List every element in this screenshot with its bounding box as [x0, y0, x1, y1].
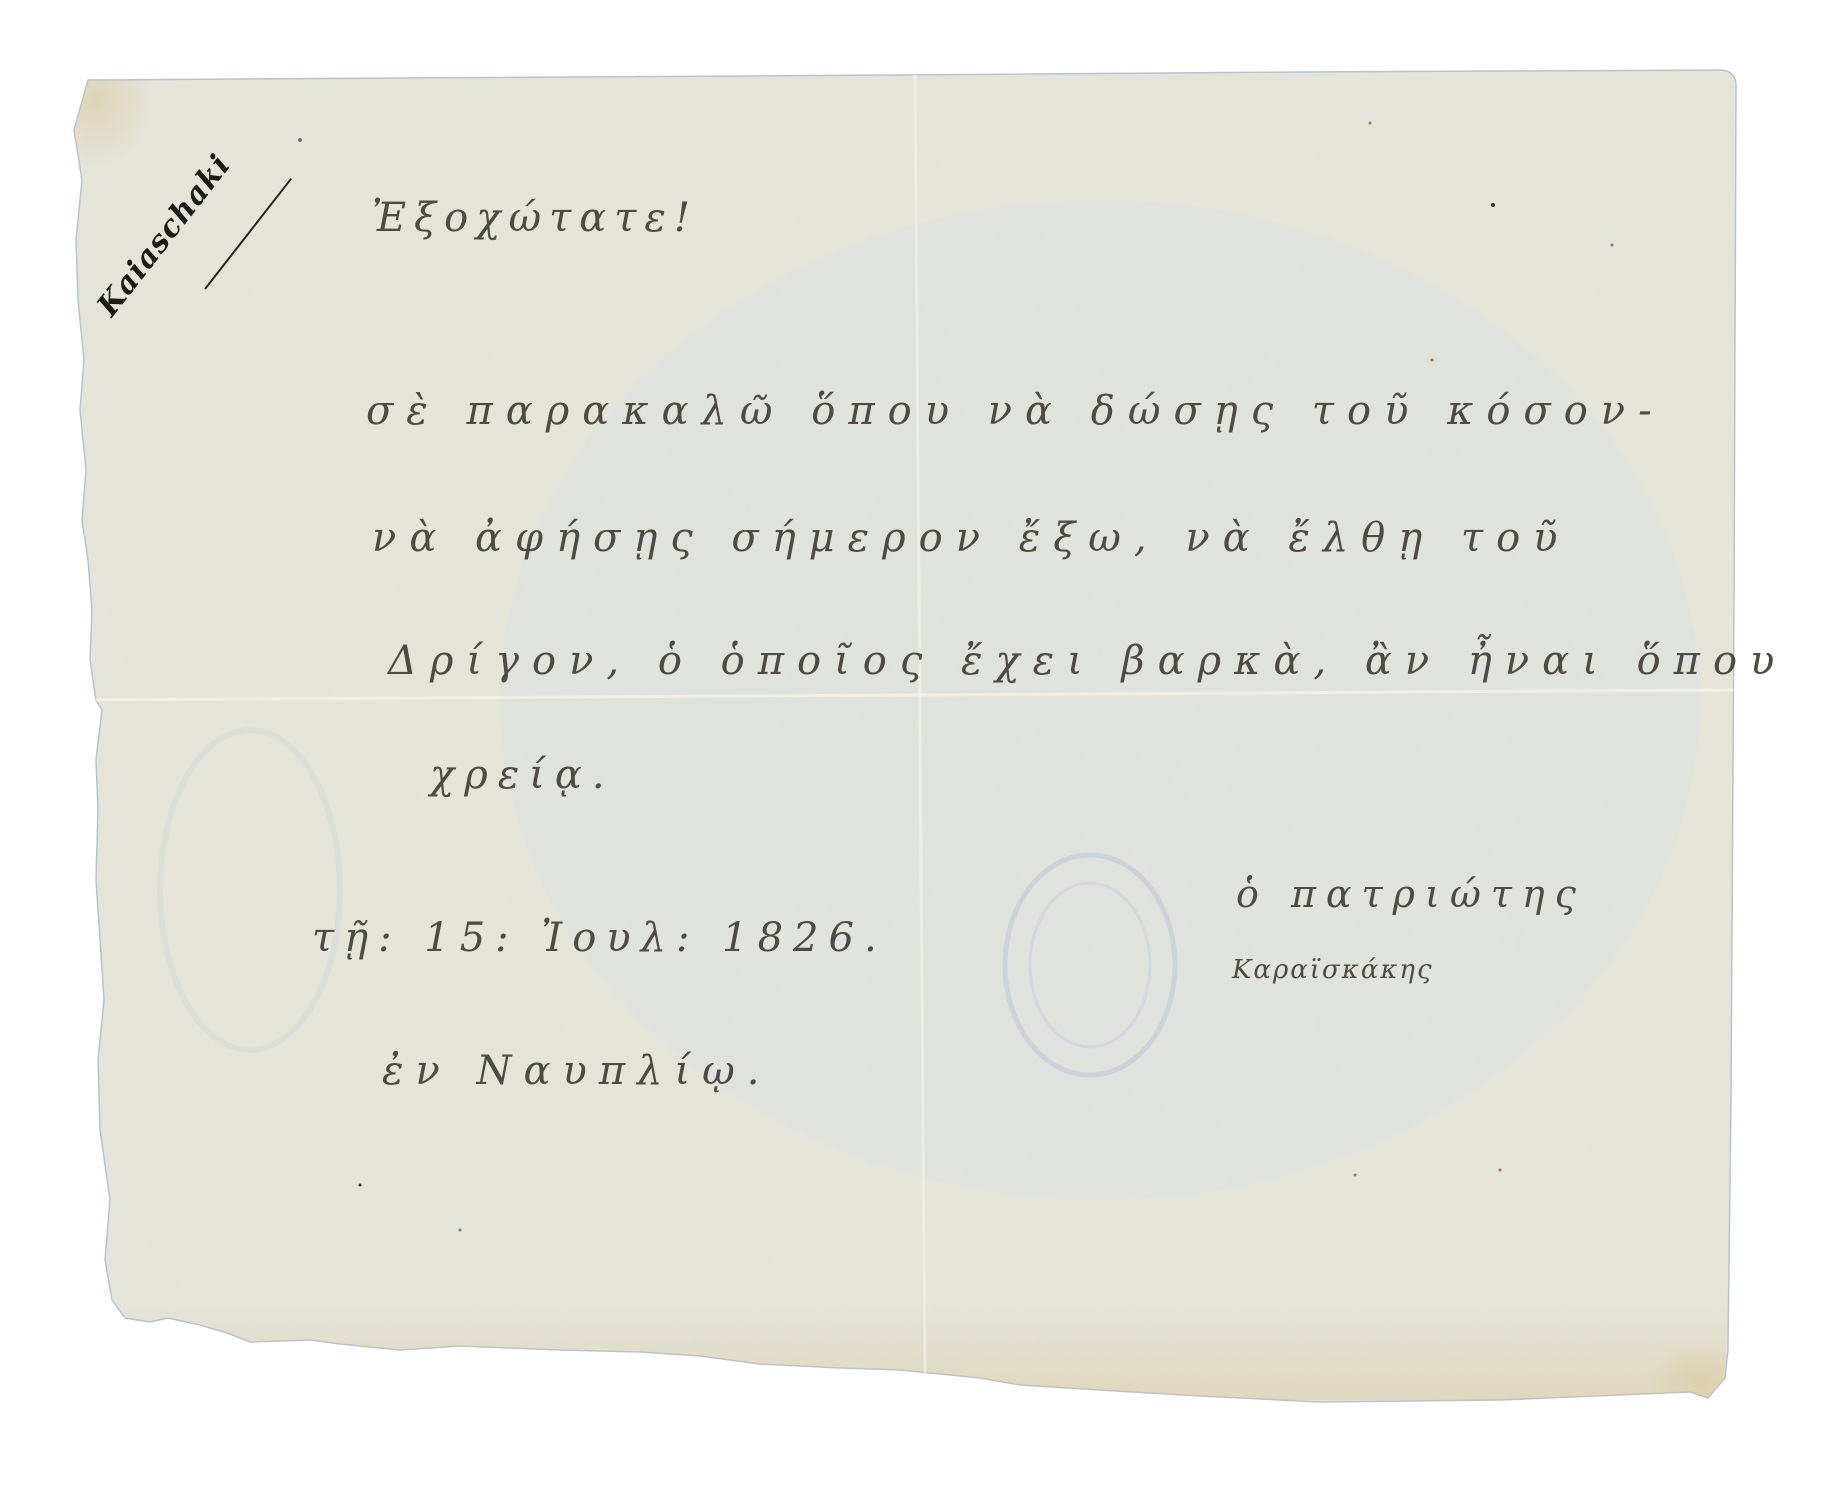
signature-closing: ὁ πατριώτης: [1236, 872, 1586, 916]
salutation: Ἐξοχώτατε!: [372, 195, 698, 241]
letter-place: ἐν Ναυπλίῳ.: [382, 1048, 771, 1094]
letter-date: τῇ: 15: Ἰουλ: 1826.: [312, 915, 887, 961]
letter-paper: [0, 0, 1822, 1500]
body-line-2: νὰ ἀφήσῃς σήμερον ἔξω, νὰ ἔλθῃ τοῦ: [372, 515, 1570, 561]
body-line-3: Δρίγον, ὁ ὁποῖος ἔχει βαρκὰ, ἂν ἦναι ὅπο…: [388, 638, 1787, 684]
signature-name: Καραϊσκάκης: [1232, 955, 1434, 985]
body-line-1: σὲ παρακαλῶ ὅπου νὰ δώσῃς τοῦ κόσον-: [366, 388, 1665, 434]
paper-sheet: [0, 0, 1822, 1500]
body-line-4: χρείᾳ.: [430, 752, 615, 798]
